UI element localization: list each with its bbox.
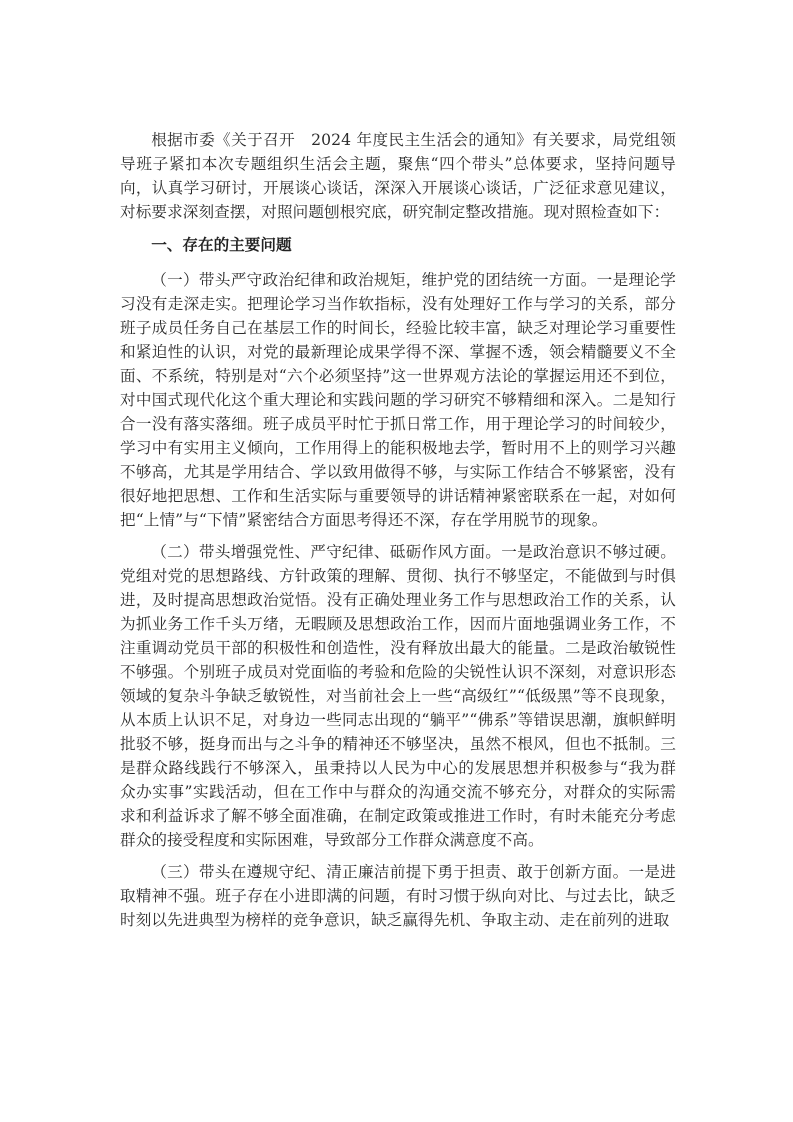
paragraph-discipline: （一）带头严守政治纪律和政治规矩，维护党的团结统一方面。一是理论学习没有走深走实…: [120, 268, 676, 532]
document-page: 根据市委《关于召开 2024 年度民主生活会的通知》有关要求，局党组领导班子紧扣…: [120, 128, 676, 940]
intro-paragraph: 根据市委《关于召开 2024 年度民主生活会的通知》有关要求，局党组领导班子紧扣…: [120, 128, 676, 224]
paragraph-responsibility: （三）带头在遵规守纪、清正廉洁前提下勇于担责、敢于创新方面。一是进取精神不强。班…: [120, 860, 676, 932]
section-heading: 一、存在的主要问题: [120, 232, 676, 258]
paragraph-party-spirit: （二）带头增强党性、严守纪律、砥砺作风方面。一是政治意识不够过硬。党组对党的思想…: [120, 540, 676, 852]
